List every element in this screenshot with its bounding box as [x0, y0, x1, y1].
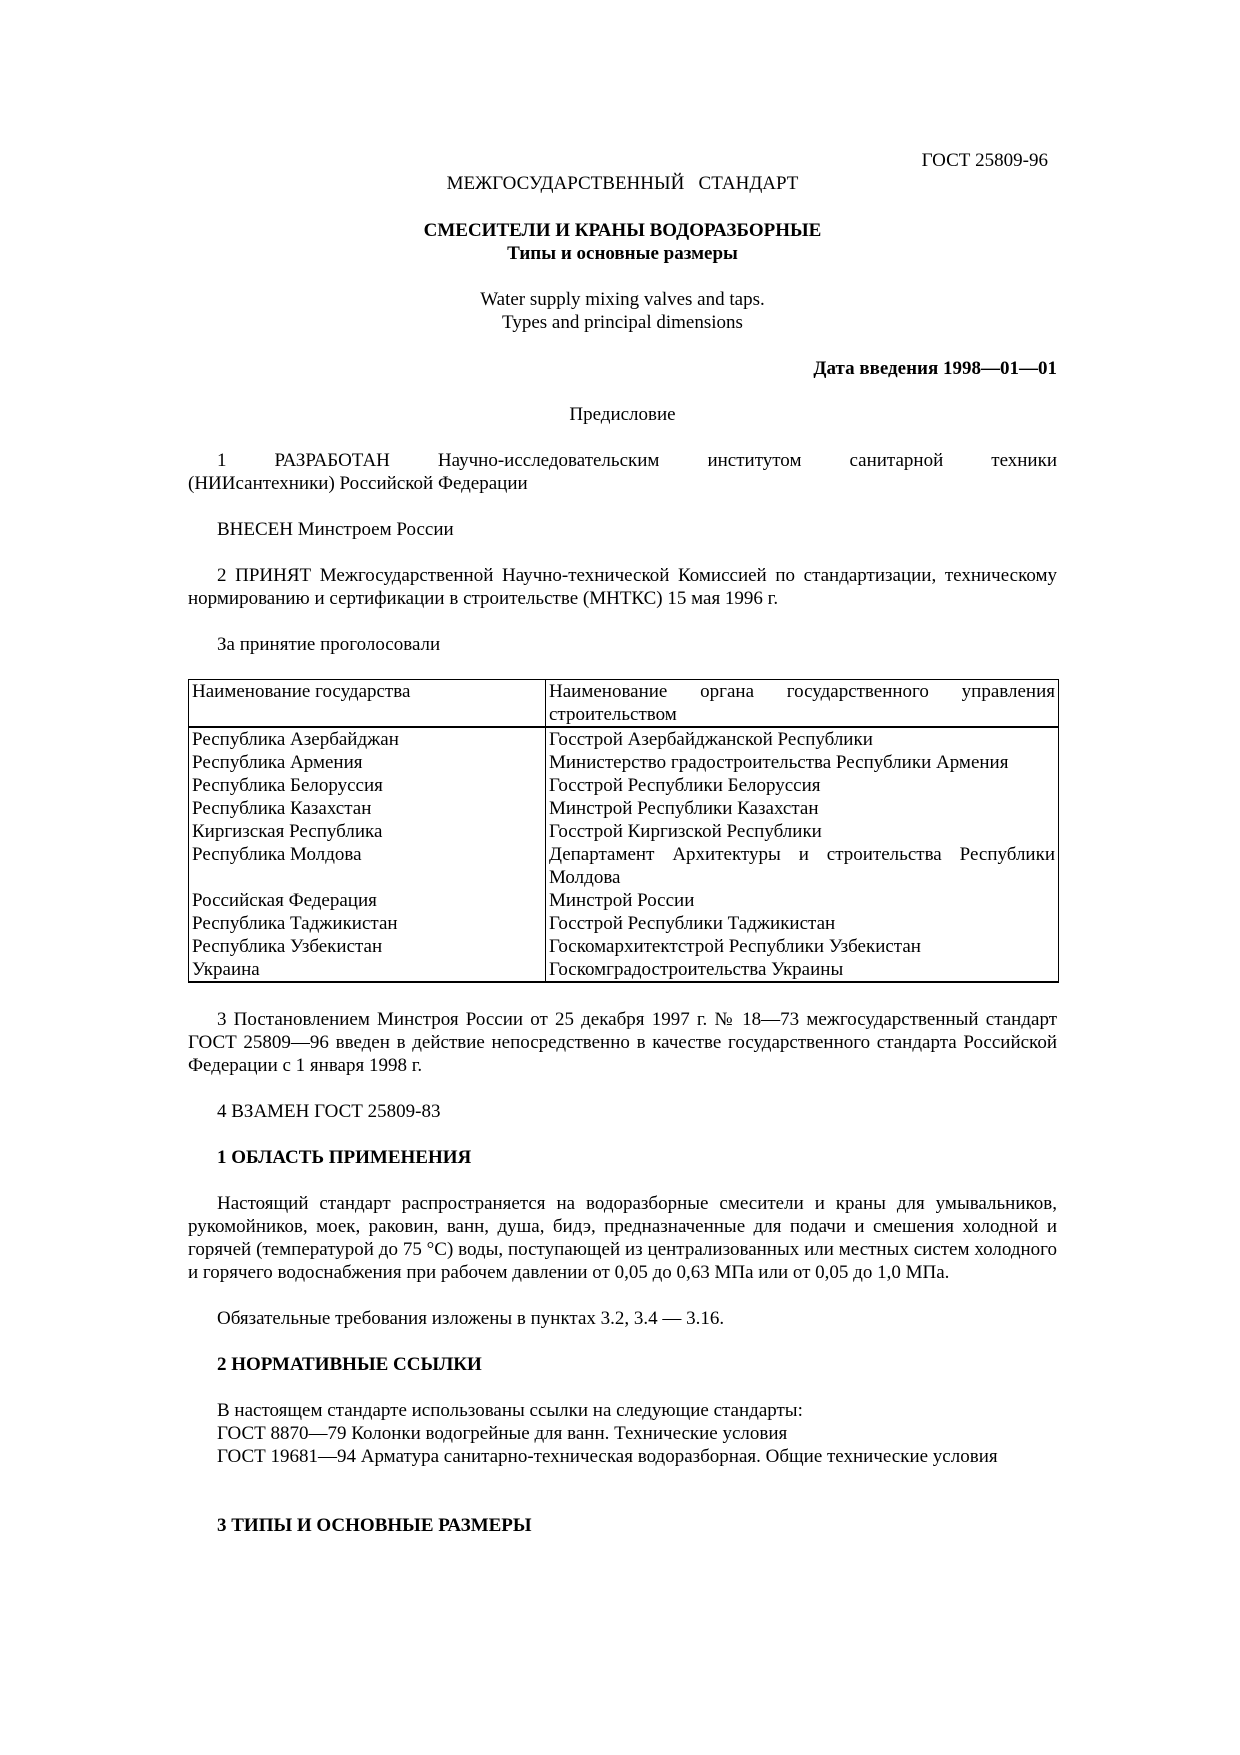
table-row: Республика ТаджикистанГосстрой Республик…	[189, 912, 1059, 935]
table-cell: Украина	[189, 958, 546, 982]
table-row: Киргизская РеспубликаГосстрой Киргизской…	[189, 820, 1059, 843]
table-cell: Госстрой Республики Белоруссия	[546, 774, 1059, 797]
table-cell: Киргизская Республика	[189, 820, 546, 843]
table-cell: Госстрой Азербайджанской Республики	[546, 727, 1059, 751]
effective-date: Дата введения 1998—01—01	[188, 357, 1057, 380]
table-cell: Госстрой Киргизской Республики	[546, 820, 1059, 843]
section-2-intro: В настоящем стандарте использованы ссылк…	[188, 1399, 1057, 1422]
table-cell: Республика Белоруссия	[189, 774, 546, 797]
title-en-line2: Types and principal dimensions	[188, 311, 1057, 334]
document-subtitle: Типы и основные размеры	[188, 242, 1057, 265]
foreword-p1-line1: 1 РАЗРАБОТАН Научно-исследовательским ин…	[188, 449, 1057, 472]
section-1-heading: 1 ОБЛАСТЬ ПРИМЕНЕНИЯ	[188, 1146, 1057, 1169]
section-3-heading: 3 ТИПЫ И ОСНОВНЫЕ РАЗМЕРЫ	[188, 1514, 1057, 1537]
table-cell: Республика Армения	[189, 751, 546, 774]
standard-type: МЕЖГОСУДАРСТВЕННЫЙ СТАНДАРТ	[188, 172, 1057, 195]
document-title: СМЕСИТЕЛИ И КРАНЫ ВОДОРАЗБОРНЫЕ	[188, 219, 1057, 242]
section-1-paragraph-2: Обязательные требования изложены в пункт…	[188, 1307, 1057, 1330]
foreword-voted: За принятие проголосовали	[188, 633, 1057, 656]
table-cell: Госкомградостроительства Украины	[546, 958, 1059, 982]
section-1-paragraph-1: Настоящий стандарт распространяется на в…	[188, 1192, 1057, 1284]
table-cell: Департамент Архитектуры и строительства …	[546, 843, 1059, 889]
reference-gost-8870: ГОСТ 8870—79 Колонки водогрейные для ван…	[188, 1422, 1057, 1445]
table-header-cell: Наименование органа государственного упр…	[546, 680, 1059, 728]
table-header-row: Наименование государства Наименование ор…	[189, 680, 1059, 728]
table-row: Республика МолдоваДепартамент Архитектур…	[189, 843, 1059, 889]
table-cell: Министерство градостроительства Республи…	[546, 751, 1059, 774]
foreword-p1-line2: (НИИсантехники) Российской Федерации	[188, 472, 1057, 495]
table-cell: Минстрой Республики Казахстан	[546, 797, 1059, 820]
table-row: Республика УзбекистанГоскомархитектстрой…	[189, 935, 1059, 958]
foreword-heading: Предисловие	[188, 403, 1057, 426]
foreword-paragraph-2: 2 ПРИНЯТ Межгосударственной Научно-техни…	[188, 564, 1057, 610]
table-row: Республика АрменияМинистерство градостро…	[189, 751, 1059, 774]
voting-table: Наименование государства Наименование ор…	[188, 679, 1059, 983]
doc-number: ГОСТ 25809-96	[188, 149, 1048, 172]
table-row: Республика АзербайджанГосстрой Азербайдж…	[189, 727, 1059, 751]
table-row: Республика КазахстанМинстрой Республики …	[189, 797, 1059, 820]
foreword-introduced: ВНЕСЕН Минстроем России	[188, 518, 1057, 541]
table-row: УкраинаГоскомградостроительства Украины	[189, 958, 1059, 982]
table-cell: Республика Узбекистан	[189, 935, 546, 958]
table-cell: Республика Молдова	[189, 843, 546, 889]
table-row: Республика БелоруссияГосстрой Республики…	[189, 774, 1059, 797]
reference-gost-19681: ГОСТ 19681—94 Арматура санитарно-техниче…	[188, 1445, 1057, 1468]
table-cell: Госкомархитектстрой Республики Узбекиста…	[546, 935, 1059, 958]
foreword-paragraph-4: 4 ВЗАМЕН ГОСТ 25809-83	[188, 1100, 1057, 1123]
title-en-line1: Water supply mixing valves and taps.	[188, 288, 1057, 311]
table-cell: Госстрой Республики Таджикистан	[546, 912, 1059, 935]
table-cell: Республика Таджикистан	[189, 912, 546, 935]
table-cell: Республика Казахстан	[189, 797, 546, 820]
table-header-cell: Наименование государства	[189, 680, 546, 728]
foreword-paragraph-3: 3 Постановлением Минстроя России от 25 д…	[188, 1008, 1057, 1077]
table-row: Российская ФедерацияМинстрой России	[189, 889, 1059, 912]
section-2-heading: 2 НОРМАТИВНЫЕ ССЫЛКИ	[188, 1353, 1057, 1376]
table-cell: Минстрой России	[546, 889, 1059, 912]
foreword-paragraph-1: 1 РАЗРАБОТАН Научно-исследовательским ин…	[188, 449, 1057, 495]
table-cell: Российская Федерация	[189, 889, 546, 912]
table-cell: Республика Азербайджан	[189, 727, 546, 751]
